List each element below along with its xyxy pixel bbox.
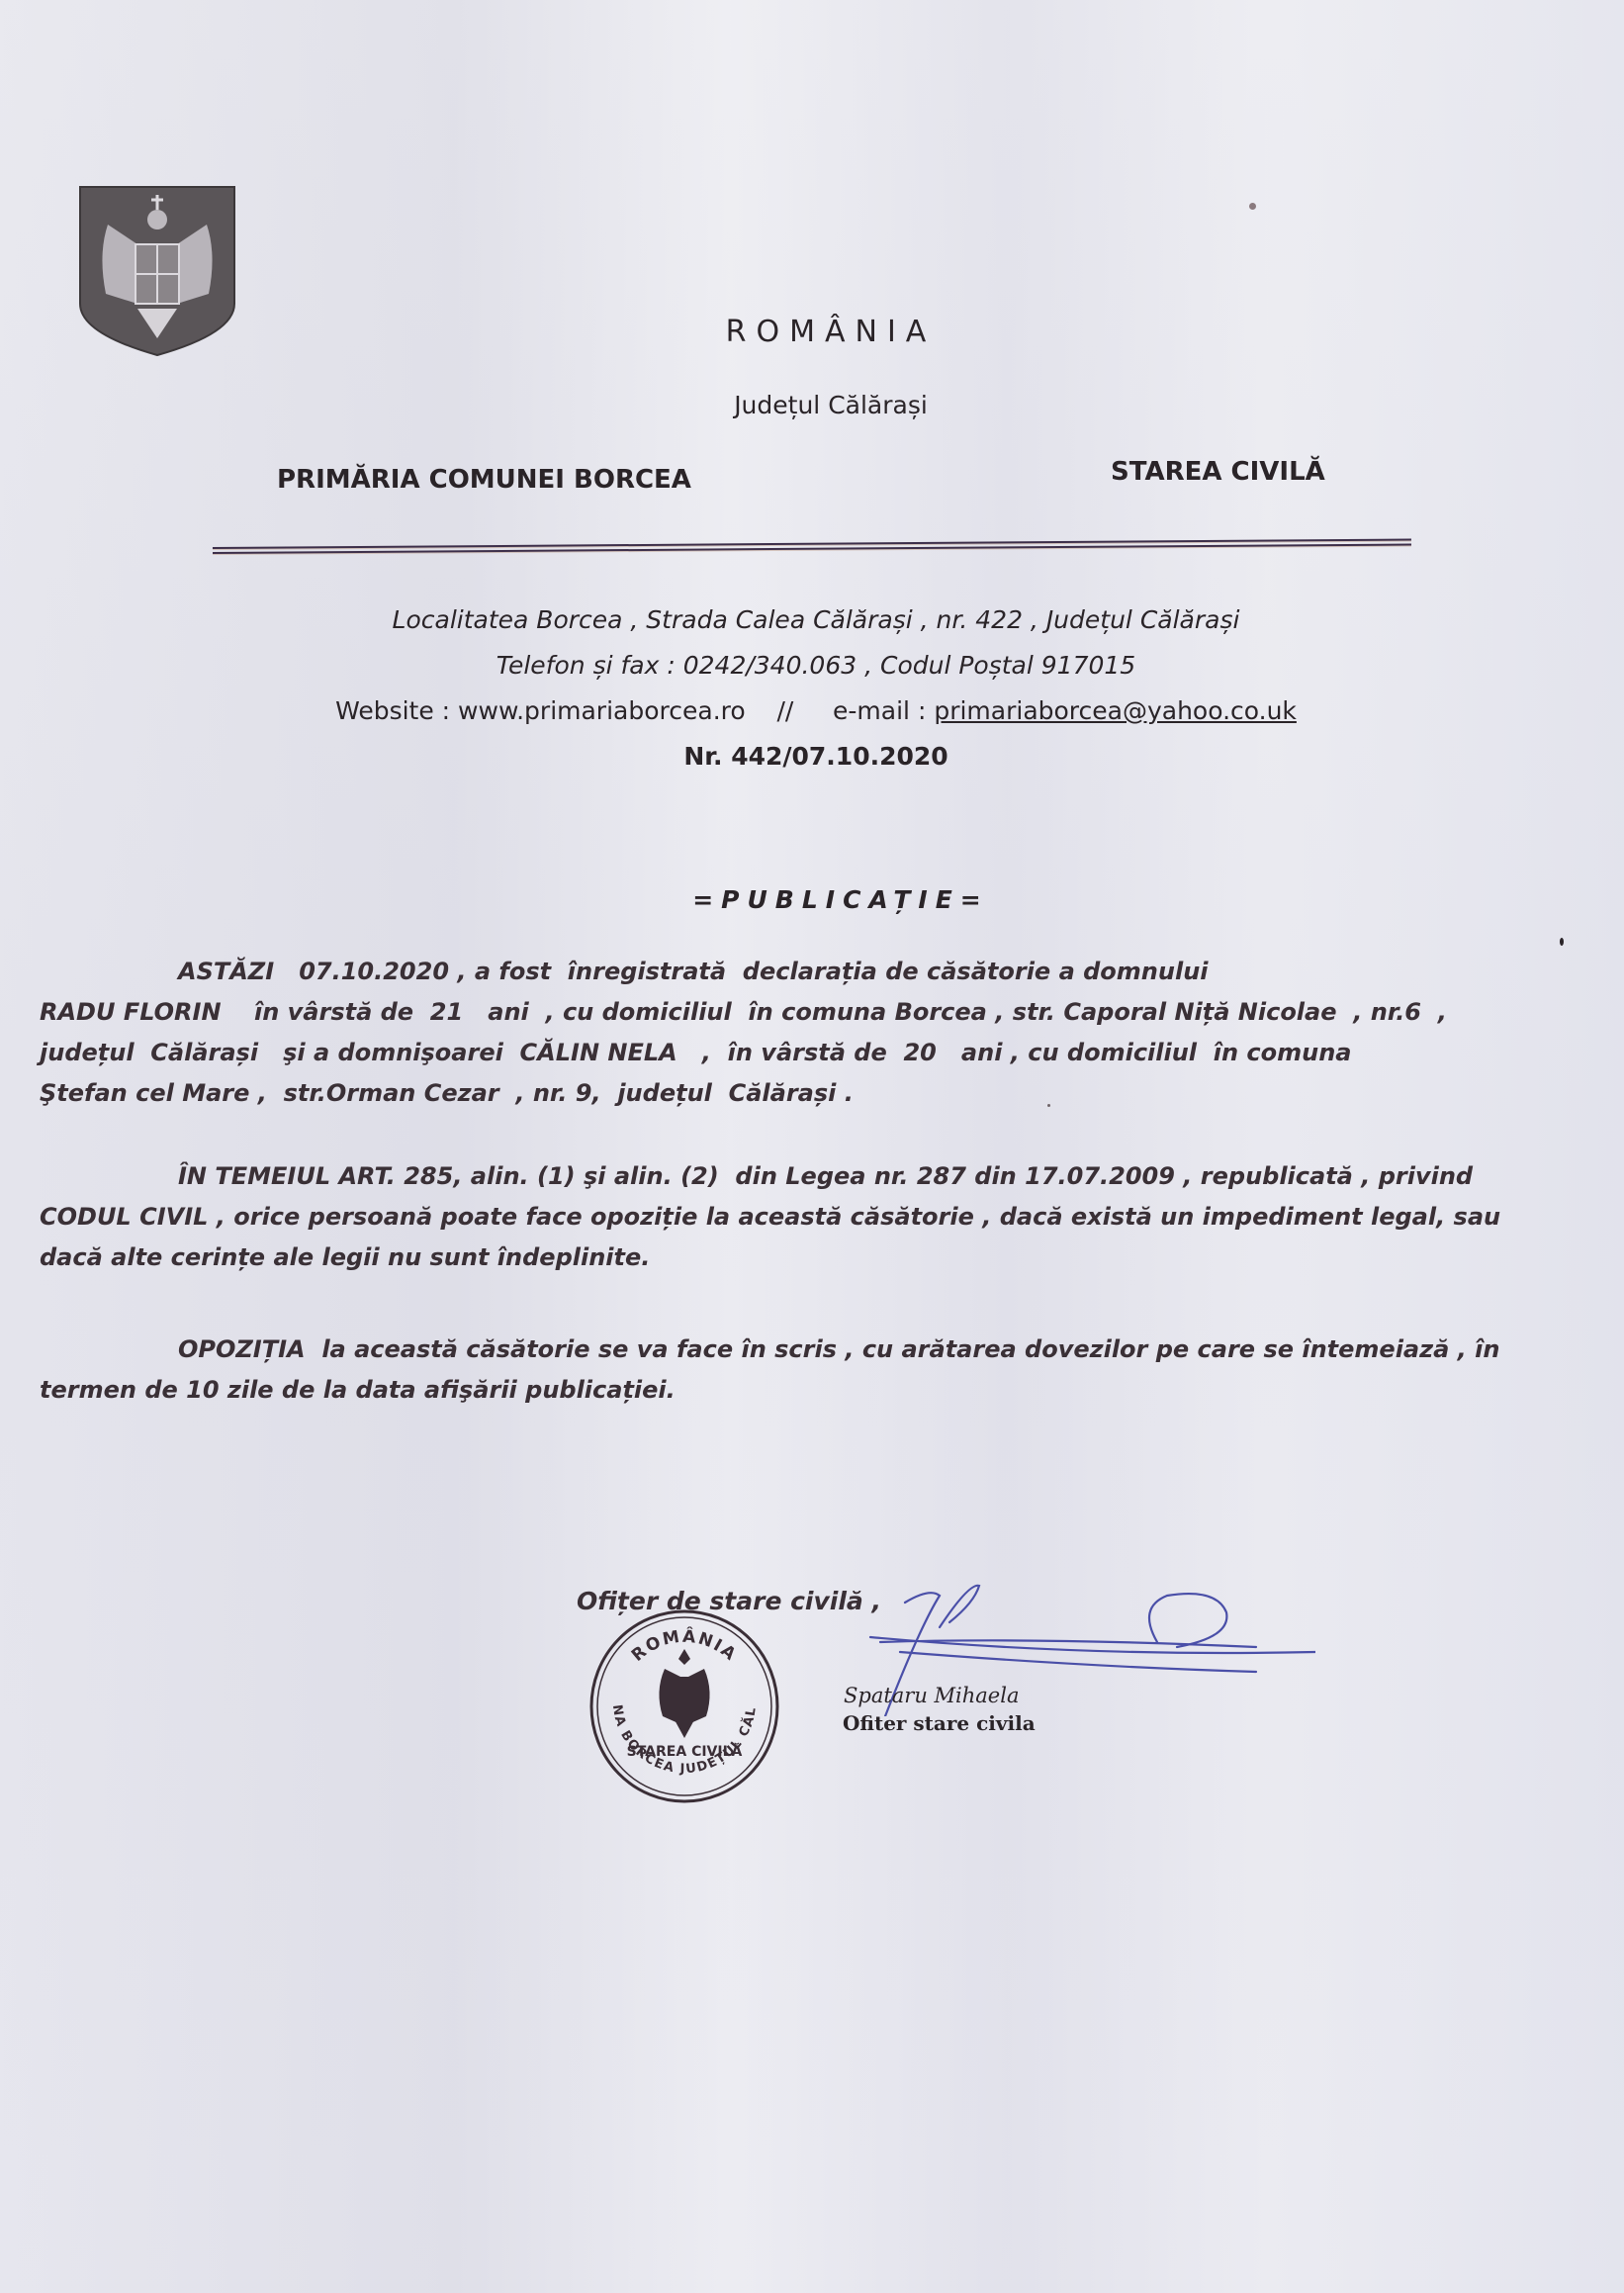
publication-title: =PUBLICAȚIE=: [593, 885, 1088, 914]
romanian-coat-of-arms-icon: [78, 185, 236, 357]
paragraph-line: OPOZIȚIA la această căsătorie se va face…: [40, 1330, 1474, 1370]
institution-name: PRIMĂRIA COMUNEI BORCEA: [277, 465, 691, 495]
officer-name: Spataru Mihaela: [844, 1684, 1019, 1707]
paragraph-line: CODUL CIVIL , orice persoană poate face …: [40, 1197, 1474, 1238]
paper-speck: [1249, 203, 1256, 210]
paragraph-line: ASTĂZI 07.10.2020 , a fost înregistrată …: [40, 952, 1474, 992]
header-divider: [213, 539, 1411, 557]
paragraph-legal-basis: ÎN TEMEIUL ART. 285, alin. (1) şi alin. …: [40, 1156, 1474, 1278]
officer-title: Ofiter stare civila: [843, 1711, 1036, 1735]
website-email-line: Website : www.primariaborcea.ro // e-mai…: [198, 696, 1434, 725]
official-stamp: ROMÂNIA COMUNA BORCEA JUDEȚUL CĂLĂRAȘI S…: [586, 1607, 783, 1805]
address-line: Localitatea Borcea , Strada Calea Călăra…: [198, 605, 1434, 634]
email-link[interactable]: primariaborcea@yahoo.co.uk: [934, 696, 1297, 725]
website-label: Website : www.primariaborcea.ro // e-mai…: [335, 696, 934, 725]
registration-number: Nr. 442/07.10.2020: [198, 742, 1434, 771]
paragraph-line: RADU FLORIN în vârstă de 21 ani , cu dom…: [40, 992, 1474, 1033]
scanned-document-page: { "header": { "emblem": "romanian-coat-o…: [0, 0, 1624, 2293]
paper-speck: [1560, 938, 1564, 946]
paragraph-opposition: OPOZIȚIA la această căsătorie se va face…: [40, 1330, 1474, 1411]
country-heading: ROMÂNIA: [692, 315, 969, 349]
phone-postal-line: Telefon și fax : 0242/340.063 , Codul Po…: [198, 651, 1434, 680]
paragraph-line: dacă alte cerințe ale legii nu sunt înde…: [40, 1238, 1474, 1278]
paragraph-line: ÎN TEMEIUL ART. 285, alin. (1) şi alin. …: [40, 1156, 1474, 1197]
paragraph-line: termen de 10 zile de la data afişării pu…: [40, 1370, 1474, 1411]
paragraph-declaration: ASTĂZI 07.10.2020 , a fost înregistrată …: [40, 952, 1474, 1114]
paragraph-line: județul Călărași şi a domnişoarei CĂLIN …: [40, 1033, 1474, 1073]
county-label: Județul Călărași: [692, 391, 969, 419]
paragraph-line: Ştefan cel Mare , str.Orman Cezar , nr. …: [40, 1073, 1474, 1114]
department-name: STAREA CIVILĂ: [1111, 457, 1325, 487]
paper-speck: [1047, 1104, 1050, 1107]
stamp-center-text: STAREA CIVILĂ: [627, 1742, 743, 1760]
